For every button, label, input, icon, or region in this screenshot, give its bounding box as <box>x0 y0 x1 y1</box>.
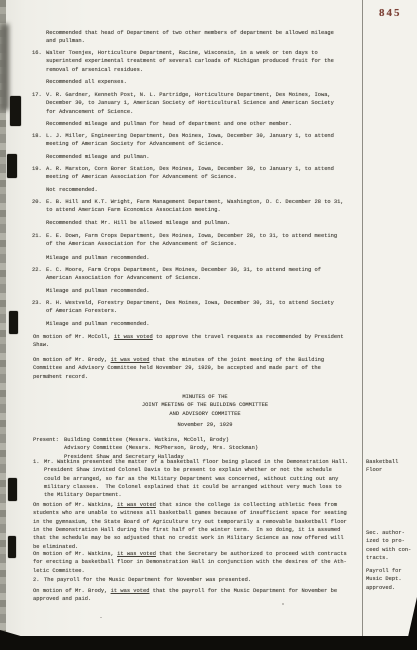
minutes-item-body: The payroll for the Music Department for… <box>44 576 360 584</box>
travel-item-action: Recommended all expenses. <box>46 78 358 86</box>
motion-text: On motion of Mr. Watkins, <box>33 502 117 508</box>
motion-voted-phrase: it was voted <box>111 357 150 363</box>
travel-item-body: A. R. Marston, Corn Borer Station, Des M… <box>46 165 358 182</box>
margin-note: Payroll for Music Dept. approved. <box>366 567 414 592</box>
margin-note: Sec. author- ized to pro- ceed with con-… <box>366 529 414 562</box>
motion-text: On motion of Mr. Watkins, <box>33 551 117 557</box>
motion-text: On motion of Mr. McColl, <box>33 334 114 340</box>
scan-mark <box>8 478 17 501</box>
travel-item-action: Recommended that Mr. Hill be allowed mil… <box>46 219 358 227</box>
travel-item-action: Mileage and pullman recommended. <box>46 287 358 295</box>
travel-item-action: Recommended mileage and pullman. <box>46 153 358 161</box>
motion-text: On motion of Mr. Brody, <box>33 357 111 363</box>
item-number: 18. <box>32 132 42 140</box>
scan-mark <box>7 154 17 178</box>
travel-item-body: E. C. Moore, Farm Crops Department, Des … <box>46 266 358 283</box>
item-number: 19. <box>32 165 42 173</box>
travel-item-action: Not recommended. <box>46 186 358 194</box>
motion-voted-phrase: it was voted <box>117 502 156 508</box>
motion-text: On motion of Mr. Brody, <box>33 588 111 594</box>
item-number: 23. <box>32 299 42 307</box>
scan-bottom-edge <box>0 636 417 650</box>
binding-shadow <box>0 24 9 110</box>
travel-item-body: Walter Toenjes, Horticulture Department,… <box>46 49 358 74</box>
item-number: 17. <box>32 91 42 99</box>
travel-item-body: E. B. Hill and K.T. Wright, Farm Managem… <box>46 198 358 215</box>
travel-item-action: Mileage and pullman recommended. <box>46 254 358 262</box>
travel-item-body: E. E. Down, Farm Crops Department, Des M… <box>46 232 358 249</box>
travel-item-action: Mileage and pullman recommended. <box>46 320 358 328</box>
margin-note: Basketball Floor <box>366 458 414 475</box>
motion-voted-phrase: it was voted <box>111 588 150 594</box>
motion-paragraph: On motion of Mr. Watkins, it was voted t… <box>33 501 355 551</box>
travel-item-body: V. R. Gardner, Kenneth Post, N. L. Partr… <box>46 91 358 116</box>
minutes-item-body: Mr. Watkins presented the matter of a ba… <box>44 458 360 500</box>
dust-speck <box>100 617 102 618</box>
item-number: 16. <box>32 49 42 57</box>
motion-voted-phrase: it was voted <box>117 551 156 557</box>
item-number: 1. <box>33 458 39 466</box>
scan-mark <box>10 96 21 126</box>
motion-text: that since the college is collecting ath… <box>33 502 347 550</box>
travel-item-action: Recommended mileage and pullman for head… <box>46 120 358 128</box>
minutes-heading: MINUTES OF THE JOINT MEETING OF THE BUIL… <box>40 393 370 418</box>
item-number: 2. <box>33 576 39 584</box>
margin-rule <box>362 0 363 636</box>
item-number: 21. <box>32 232 42 240</box>
motion-voted-phrase: it was voted <box>114 334 153 340</box>
motion-paragraph: On motion of Mr. Watkins, it was voted t… <box>33 550 355 575</box>
travel-item-body: L. J. Miller, Engineering Department, De… <box>46 132 358 149</box>
travel-item-body: R. H. Westveld, Forestry Department, Des… <box>46 299 358 316</box>
motion-paragraph: On motion of Mr. Brody, it was voted tha… <box>33 587 355 604</box>
present-label: Present: <box>33 436 59 444</box>
motion-paragraph: On motion of Mr. McColl, it was voted to… <box>33 333 355 350</box>
meeting-date: November 29, 1929 <box>40 421 370 429</box>
item-number: 20. <box>32 198 42 206</box>
motion-paragraph: On motion of Mr. Brody, it was voted tha… <box>33 356 355 381</box>
item-number: 22. <box>32 266 42 274</box>
recommendation-note: Recommended that head of Department of t… <box>46 29 358 46</box>
scan-mark <box>8 536 16 558</box>
scan-mark <box>9 311 18 334</box>
page-number: 845 <box>379 7 402 19</box>
scan-edge-wedge <box>408 597 417 637</box>
scanned-minutes-page: 845 Recommended that head of Department … <box>0 0 417 650</box>
